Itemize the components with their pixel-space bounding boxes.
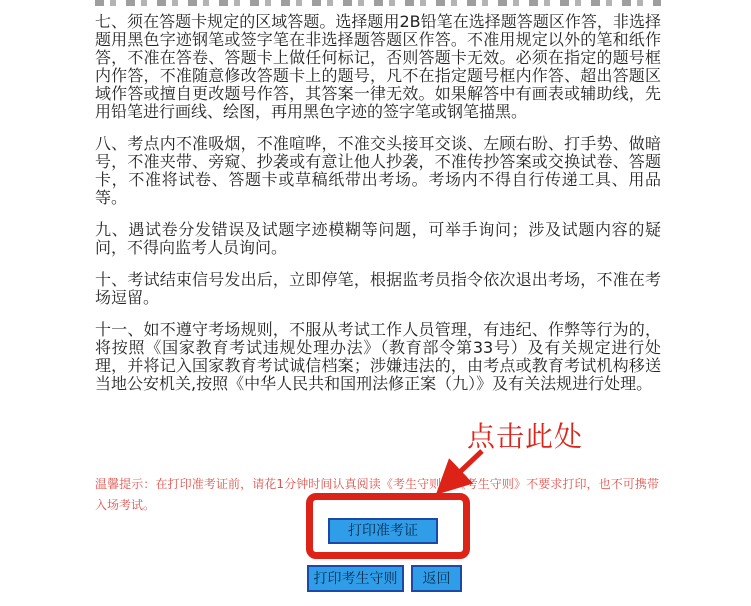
print-examinee-rules-button[interactable]: 打印考生守则 xyxy=(307,565,404,592)
print-admission-ticket-button[interactable]: 打印准考证 xyxy=(328,518,438,544)
rule-paragraph-11: 十一、如不遵守考场规则，不服从考试工作人员管理，有违纪、作弊等行为的，将按照《国… xyxy=(95,321,661,393)
rule-paragraph-9: 九、遇试卷分发错误及试题字迹模糊等问题，可举手询问；涉及试题内容的疑问，不得向监… xyxy=(95,221,661,257)
click-here-arrow-icon xyxy=(426,444,490,502)
clipped-text-line xyxy=(95,0,661,6)
rule-paragraph-7: 七、须在答题卡规定的区域答题。选择题用2B铅笔在选择题答题区作答，非选择题用黑色… xyxy=(95,13,661,121)
rule-paragraph-10: 十、考试结束信号发出后，立即停笔，根据监考员指令依次退出考场，不准在考场逗留。 xyxy=(95,271,661,307)
back-button[interactable]: 返回 xyxy=(411,565,462,592)
exam-rules-page: 七、须在答题卡规定的区域答题。选择题用2B铅笔在选择题答题区作答，非选择题用黑色… xyxy=(0,0,751,606)
exam-rules-text: 七、须在答题卡规定的区域答题。选择题用2B铅笔在选择题答题区作答，非选择题用黑色… xyxy=(95,13,661,393)
rule-paragraph-8: 八、考点内不准吸烟，不准喧哗，不准交头接耳交谈、左顾右盼、打手势、做暗号，不准夹… xyxy=(95,135,661,207)
